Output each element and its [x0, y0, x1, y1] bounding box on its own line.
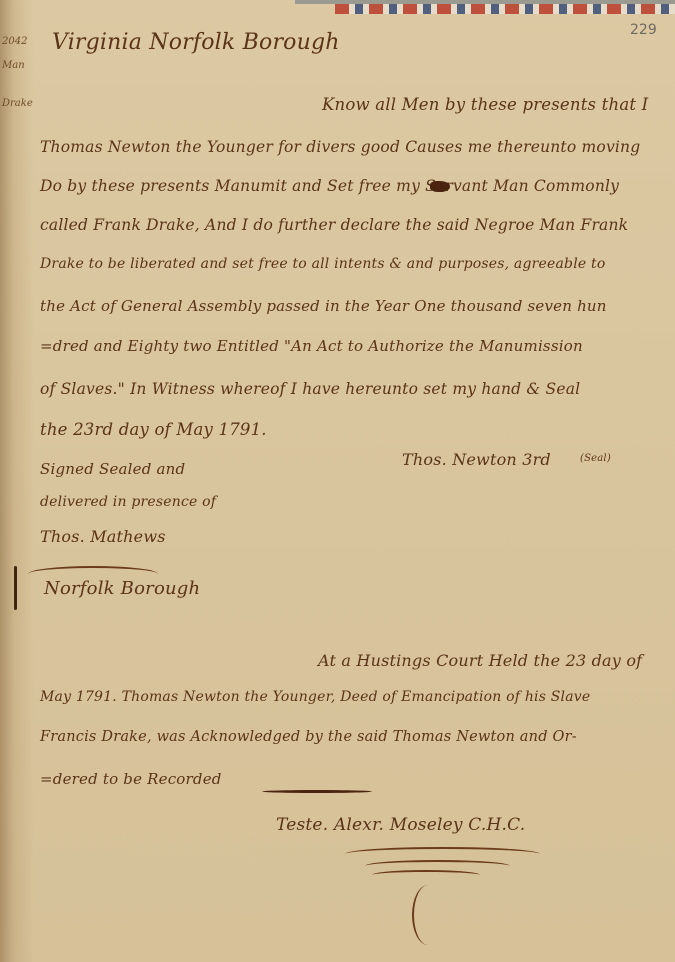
witness-label: Signed Sealed and	[40, 460, 185, 478]
margin-note-number: 2042	[2, 36, 27, 47]
recording-rule	[262, 790, 372, 793]
recording-line: =dered to be Recorded	[40, 770, 222, 788]
grantor-signature: Thos. Newton 3rd	[402, 450, 551, 469]
seal-mark: (Seal)	[580, 453, 611, 464]
deed-line: called Frank Drake, And I do further dec…	[40, 216, 628, 234]
recording-heading: Norfolk Borough	[44, 578, 200, 599]
clerk-attestation: Teste. Alexr. Moseley C.H.C.	[276, 815, 525, 835]
clerk-flourish	[345, 847, 540, 861]
recording-line: May 1791. Thomas Newton the Younger, Dee…	[40, 689, 590, 705]
deed-line: the 23rd day of May 1791.	[40, 420, 267, 439]
deed-line: of Slaves." In Witness whereof I have he…	[40, 380, 580, 398]
manuscript-page: 229 2042 Man Drake Virginia Norfolk Boro…	[0, 0, 675, 962]
deed-line: Know all Men by these presents that I	[322, 95, 648, 114]
deed-line: Drake to be liberated and set free to al…	[40, 256, 605, 272]
witness-name: Thos. Mathews	[40, 527, 166, 546]
clerk-flourish	[372, 870, 480, 880]
margin-note-surname: Drake	[2, 98, 33, 109]
recording-line: Francis Drake, was Acknowledged by the s…	[40, 729, 577, 745]
page-number: 229	[630, 22, 657, 38]
deed-line: =dred and Eighty two Entitled "An Act to…	[40, 337, 583, 355]
document-heading: Virginia Norfolk Borough	[52, 30, 340, 55]
binding-edge	[335, 4, 675, 14]
deed-line: the Act of General Assembly passed in th…	[40, 297, 607, 315]
margin-note-name: Man	[2, 60, 25, 71]
witness-label: delivered in presence of	[40, 494, 216, 510]
deed-line: Thomas Newton the Younger for divers goo…	[40, 138, 640, 156]
recording-line: At a Hustings Court Held the 23 day of	[318, 651, 642, 670]
ink-blot	[430, 181, 450, 192]
deed-line: Do by these presents Manumit and Set fre…	[40, 177, 619, 195]
margin-mark	[14, 566, 17, 610]
clerk-paraph	[412, 885, 444, 945]
